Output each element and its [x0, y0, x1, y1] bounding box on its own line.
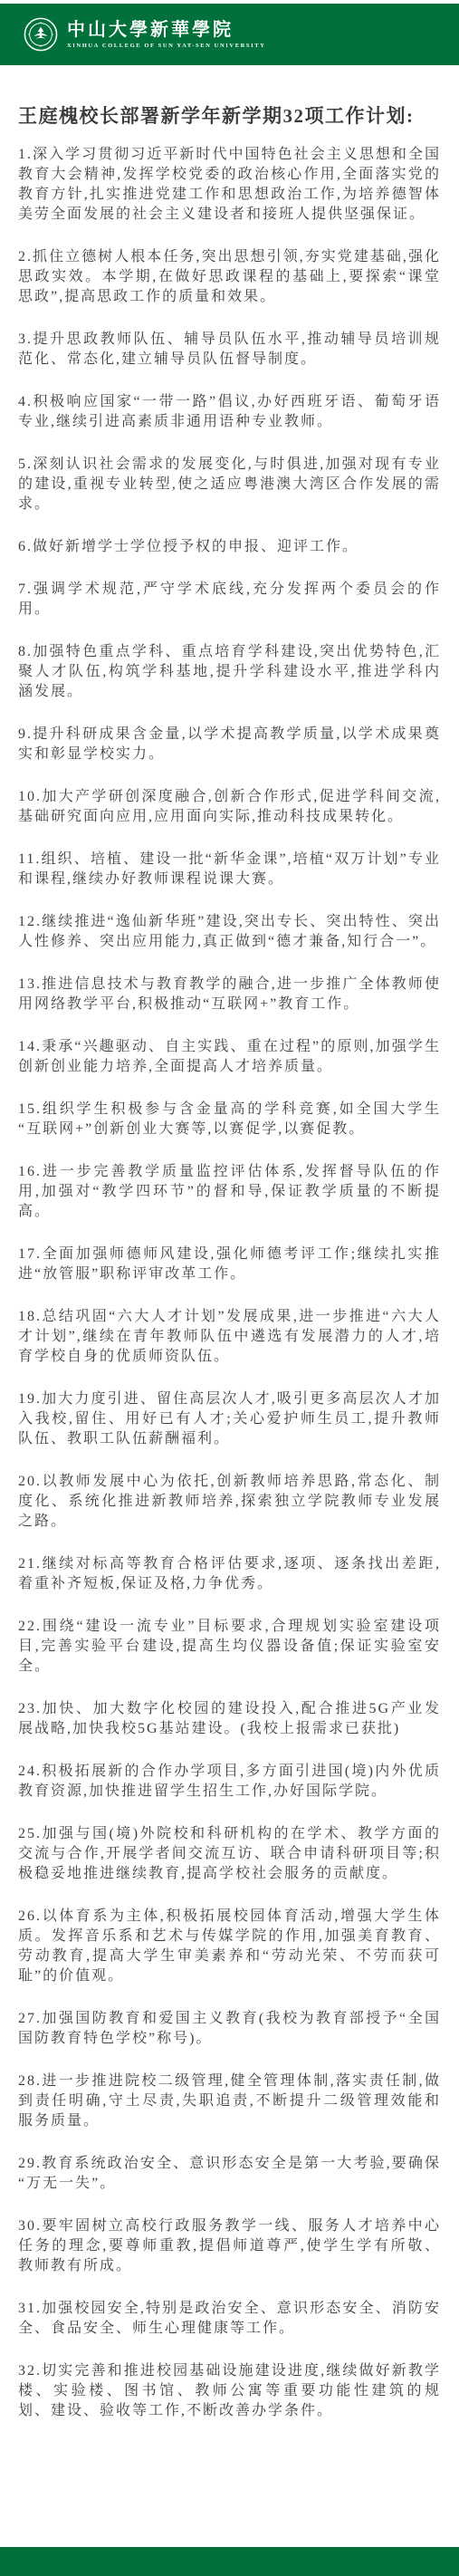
work-plan-item: 13.推进信息技术与教育教学的融合,进一步推广全体教师使用网络教学平台,积极推动…: [18, 975, 441, 1014]
work-plan-item: 17.全面加强师德师风建设,强化师德考评工作;继续扎实推进“放管服”职称评审改革…: [18, 1245, 441, 1284]
work-plan-list: 1.深入学习贯彻习近平新时代中国特色社会主义思想和全国教育大会精神,发挥学校党委…: [18, 145, 441, 2421]
footer-bar: [0, 2547, 459, 2576]
work-plan-item: 8.加强特色重点学科、重点培育学科建设,突出优势特色,汇聚人才队伍,构筑学科基地…: [18, 642, 441, 702]
work-plan-item: 27.加强国防教育和爱国主义教育(我校为教育部授予“全国国防教育特色学校”称号)…: [18, 2009, 441, 2049]
work-plan-item: 9.提升科研成果含金量,以学术提高教学质量,以学术成果奠实和彰显学校实力。: [18, 725, 441, 764]
work-plan-item: 6.做好新增学士学位授予权的申报、迎评工作。: [18, 537, 441, 557]
page: 中山大學新華學院 XINHUA COLLEGE OF SUN YAT-SEN U…: [0, 0, 459, 2576]
work-plan-item: 22.围绕“建设一流专业”目标要求,合理规划实验室建设项目,完善实验平台建设,提…: [18, 1617, 441, 1677]
work-plan-item: 26.以体育系为主体,积极拓展校园体育活动,增强大学生体质。发挥音乐系和艺术与传…: [18, 1907, 441, 1986]
work-plan-item: 14.秉承“兴趣驱动、自主实践、重在过程”的原则,加强学生创新创业能力培养,全面…: [18, 1037, 441, 1077]
work-plan-item: 18.总结巩固“六大人才计划”发展成果,进一步推进“六大人才计划”,继续在青年教…: [18, 1307, 441, 1367]
brand-text: 中山大學新華學院 XINHUA COLLEGE OF SUN YAT-SEN U…: [67, 20, 266, 49]
work-plan-item: 32.切实完善和推进校园基础设施建设进度,继续做好新教学楼、实验楼、图书馆、教师…: [18, 2361, 441, 2421]
work-plan-item: 24.积极拓展新的合作办学项目,多方面引进国(境)内外优质教育资源,加快推进留学…: [18, 1762, 441, 1802]
work-plan-item: 29.教育系统政治安全、意识形态安全是第一大考验,要确保“万无一失”。: [18, 2154, 441, 2194]
university-seal-icon: [24, 17, 58, 52]
work-plan-item: 3.提升思政教师队伍、辅导员队伍水平,推动辅导员培训规范化、常态化,建立辅导员队…: [18, 330, 441, 370]
work-plan-item: 12.继续推进“逸仙新华班”建设,突出专长、突出特性、突出人性修养、突出应用能力…: [18, 912, 441, 952]
work-plan-item: 7.强调学术规范,严守学术底线,充分发挥两个委员会的作用。: [18, 580, 441, 620]
work-plan-item: 23.加快、加大数字化校园的建设投入,配合推进5G产业发展战略,加快我校5G基站…: [18, 1699, 441, 1739]
work-plan-item: 5.深刻认识社会需求的发展变化,与时俱进,加强对现有专业的建设,重视专业转型,使…: [18, 455, 441, 514]
article-content: 王庭槐校长部署新学年新学期32项工作计划: 1.深入学习贯彻习近平新时代中国特色…: [0, 0, 459, 2421]
work-plan-item: 1.深入学习贯彻习近平新时代中国特色社会主义思想和全国教育大会精神,发挥学校党委…: [18, 145, 441, 225]
work-plan-item: 25.加强与国(境)外院校和科研机构的在学术、教学方面的交流与合作,开展学者间交…: [18, 1824, 441, 1884]
work-plan-item: 2.抓住立德树人根本任务,突出思想引领,夯实党建基础,强化思政实效。本学期,在做…: [18, 247, 441, 307]
work-plan-item: 20.以教师发展中心为依托,创新教师培养思路,常态化、制度化、系统化推进新教师培…: [18, 1472, 441, 1532]
work-plan-item: 30.要牢固树立高校行政服务教学一线、服务人才培养中心任务的理念,要尊师重教,提…: [18, 2216, 441, 2276]
work-plan-item: 21.继续对标高等教育合格评估要求,逐项、逐条找出差距,着重补齐短板,保证及格,…: [18, 1554, 441, 1594]
work-plan-item: 19.加大力度引进、留住高层次人才,吸引更多高层次人才加入我校,留住、用好已有人…: [18, 1389, 441, 1449]
work-plan-item: 11.组织、培植、建设一批“新华金课”,培植“双万计划”专业和课程,继续办好教师…: [18, 850, 441, 889]
work-plan-item: 4.积极响应国家“一带一路”倡议,办好西班牙语、葡萄牙语专业,继续引进高素质非通…: [18, 392, 441, 432]
work-plan-item: 16.进一步完善教学质量监控评估体系,发挥督导队伍的作用,加强对“教学四环节”的…: [18, 1162, 441, 1222]
work-plan-item: 15.组织学生积极参与含金量高的学科竞赛,如全国大学生“互联网+”创新创业大赛等…: [18, 1100, 441, 1139]
header-bar: 中山大學新華學院 XINHUA COLLEGE OF SUN YAT-SEN U…: [0, 4, 459, 65]
work-plan-item: 10.加大产学研创深度融合,创新合作形式,促进学科间交流,基础研究面向应用,应用…: [18, 787, 441, 827]
brand-name-en: XINHUA COLLEGE OF SUN YAT-SEN UNIVERSITY: [67, 43, 266, 49]
work-plan-item: 31.加强校园安全,特别是政治安全、意识形态安全、消防安全、食品安全、师生心理健…: [18, 2299, 441, 2339]
page-title: 王庭槐校长部署新学年新学期32项工作计划:: [18, 103, 441, 129]
brand-name-cn: 中山大學新華學院: [67, 20, 266, 40]
work-plan-item: 28.进一步推进院校二级管理,健全管理体制,落实责任制,做到责任明确,守土尽责,…: [18, 2071, 441, 2131]
